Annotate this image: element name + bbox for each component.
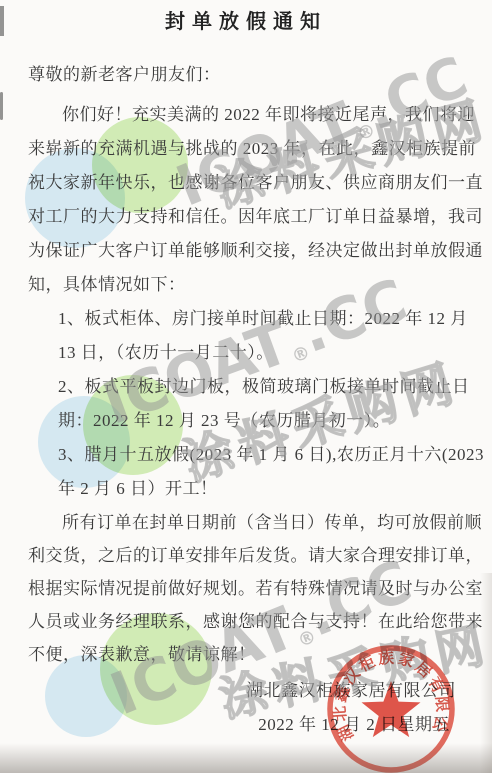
body-line: 根据实际情况提前做好规划。若有特殊情况请及时与办公室 bbox=[28, 572, 464, 605]
body-line: 利交货，之后的订单安排年后发货。请大家合理安排订单， bbox=[28, 539, 464, 572]
body-line: 为保证广大客户订单能够顺利交接，经决定做出封单放假通 bbox=[28, 234, 464, 268]
body-line: 人员或业务经理联系，感谢您的配合与支持！在此给您带来 bbox=[28, 605, 464, 638]
body-line: 知，具体情况如下： bbox=[28, 268, 464, 302]
seal-star-icon bbox=[362, 681, 421, 737]
photo-edge-artifact bbox=[0, 6, 4, 36]
notice-item-line: 2、板式平板封边门板，极简玻璃门板接单时间截止日 bbox=[28, 370, 464, 404]
body-line: 所有订单在封单日期前（含当日）传单，均可放假前顺 bbox=[28, 506, 464, 539]
notice-item-line: 期：2022 年 12 月 23 号（农历腊月初一）。 bbox=[28, 404, 464, 438]
notice-item-line: 13 日，（农历十一月二十）。 bbox=[28, 336, 464, 370]
body-line: 来崭新的充满机遇与挑战的 2023 年，在此，鑫汉柜族提前 bbox=[28, 132, 464, 166]
body-line: 你们好！充实美满的 2022 年即将接近尾声，我们将迎 bbox=[28, 98, 464, 132]
intro-paragraph: 你们好！充实美满的 2022 年即将接近尾声，我们将迎 来崭新的充满机遇与挑战的… bbox=[28, 98, 464, 302]
notice-item-line: 1、板式柜体、房门接单时间截止日期：2022 年 12 月 bbox=[28, 302, 464, 336]
photo-right-shadow bbox=[480, 573, 492, 773]
body-line: 祝大家新年快乐，也感谢各位客户朋友、供应商朋友们一直 bbox=[28, 166, 464, 200]
body-line: 对工厂的大力支持和信任。因年底工厂订单日益暴增，我司 bbox=[28, 200, 464, 234]
notice-document: 封单放假通知 尊敬的新老客户朋友们： 你们好！充实美满的 2022 年即将接近尾… bbox=[28, 8, 464, 742]
notice-item-line: 年 2 月 6 日）开工！ bbox=[28, 472, 464, 506]
scanned-notice-photo: 封单放假通知 尊敬的新老客户朋友们： 你们好！充实美满的 2022 年即将接近尾… bbox=[0, 0, 492, 773]
notice-items: 1、板式柜体、房门接单时间截止日期：2022 年 12 月 13 日，（农历十一… bbox=[28, 302, 464, 506]
greeting-line: 尊敬的新老客户朋友们： bbox=[28, 58, 464, 92]
photo-edge-artifact bbox=[0, 92, 3, 120]
page-title: 封单放假通知 bbox=[28, 8, 464, 36]
notice-item-line: 3、腊月十五放假(2023 年 1 月 6 日),农历正月十六(2023 bbox=[28, 438, 464, 472]
photo-bottom-shadow bbox=[0, 743, 492, 773]
